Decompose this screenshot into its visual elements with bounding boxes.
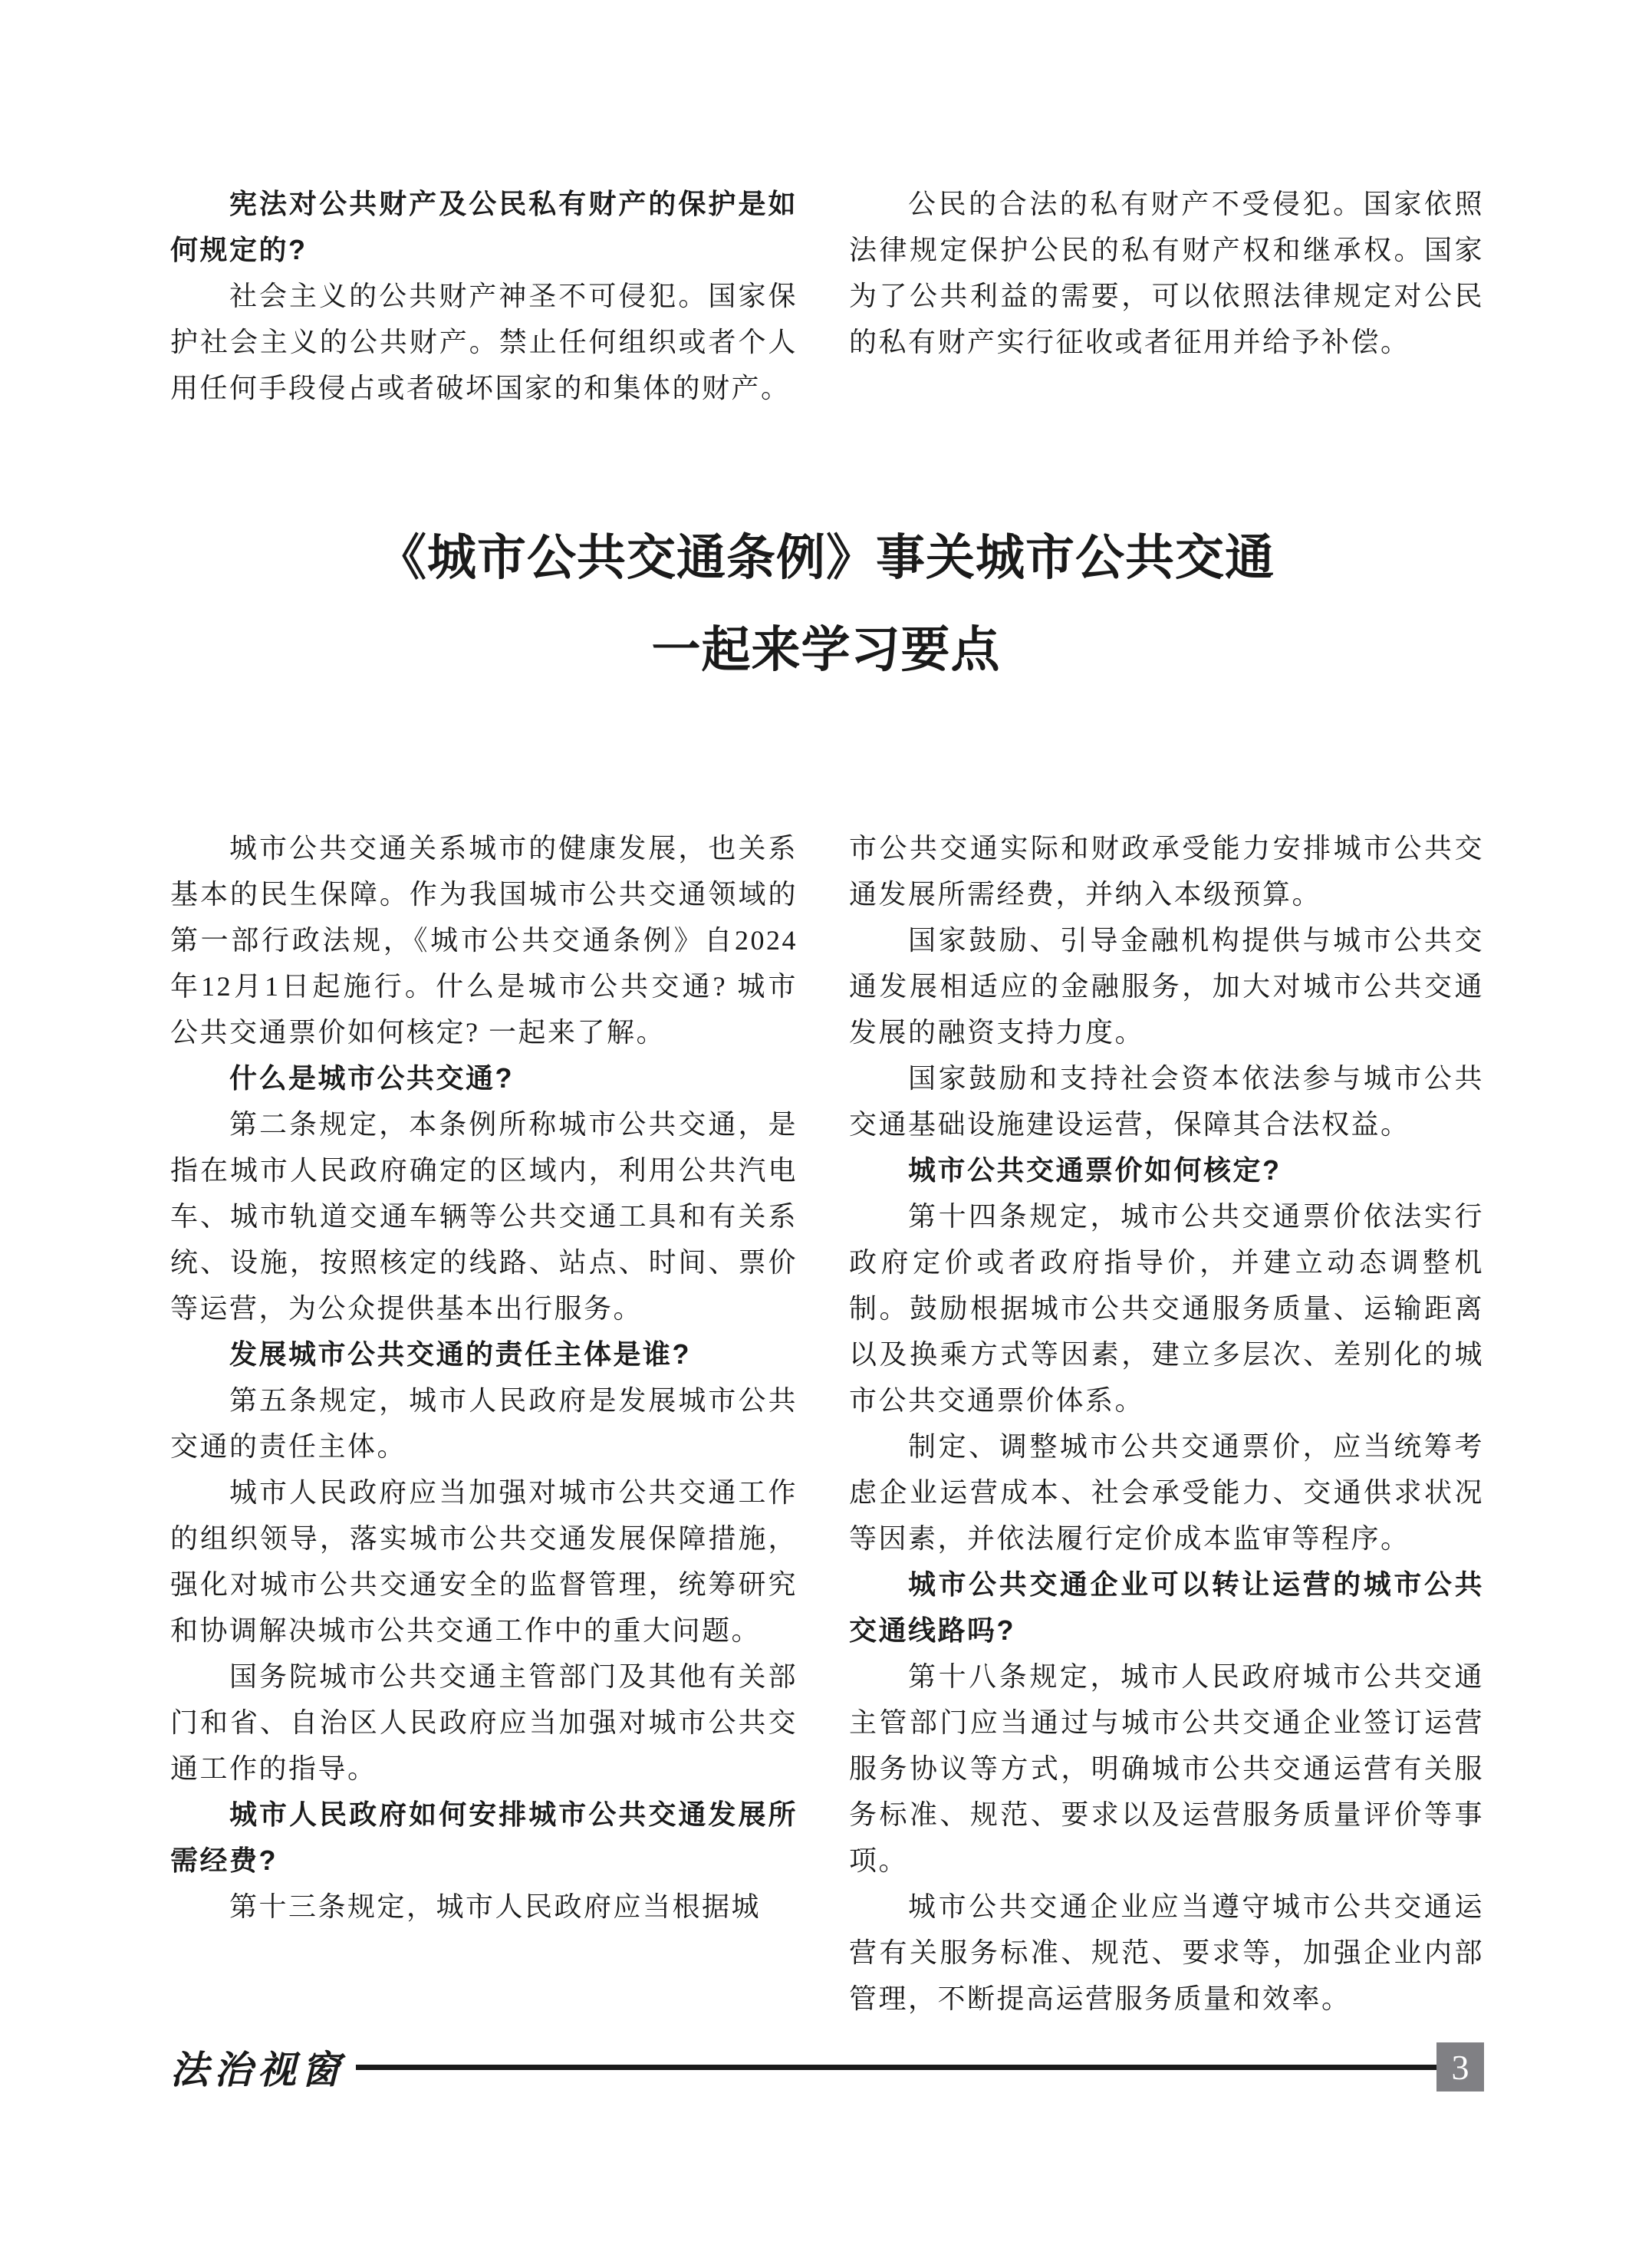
qa-paragraph-public-property: 社会主义的公共财产神圣不可侵犯。国家保护社会主义的公共财产。禁止任何组织或者个人… <box>170 273 798 411</box>
paragraph-article-13-continued: 市公共交通实际和财政承受能力安排城市公共交通发展所需经费，并纳入本级预算。 <box>849 825 1484 917</box>
magazine-page: 宪法对公共财产及公民私有财产的保护是如何规定的? 社会主义的公共财产神圣不可侵犯… <box>0 0 1652 2261</box>
article-title: 《城市公共交通条例》事关城市公共交通 一起来学习要点 <box>0 512 1652 696</box>
paragraph-article-18: 第十八条规定，城市人民政府城市公共交通主管部门应当通过与城市公共交通企业签订运营… <box>849 1654 1484 1884</box>
top-qa-section: 宪法对公共财产及公民私有财产的保护是如何规定的? 社会主义的公共财产神圣不可侵犯… <box>170 181 1484 411</box>
qa-heading-property-protection: 宪法对公共财产及公民私有财产的保护是如何规定的? <box>170 181 798 273</box>
footer-rule <box>356 2065 1436 2070</box>
section-heading-funding: 城市人民政府如何安排城市公共交通发展所需经费? <box>170 1792 798 1884</box>
article-body: 城市公共交通关系城市的健康发展，也关系基本的民生保障。作为我国城市公共交通领域的… <box>170 825 1484 2022</box>
top-left-column: 宪法对公共财产及公民私有财产的保护是如何规定的? 社会主义的公共财产神圣不可侵犯… <box>170 181 798 411</box>
page-footer: 法治视窗 3 <box>170 2042 1484 2092</box>
article-title-line-2: 一起来学习要点 <box>0 604 1652 696</box>
body-left-column: 城市公共交通关系城市的健康发展，也关系基本的民生保障。作为我国城市公共交通领域的… <box>170 825 798 2022</box>
paragraph-article-2: 第二条规定，本条例所称城市公共交通，是指在城市人民政府确定的区域内，利用公共汽电… <box>170 1101 798 1331</box>
section-heading-fare-setting: 城市公共交通票价如何核定? <box>849 1147 1484 1193</box>
top-right-column: 公民的合法的私有财产不受侵犯。国家依照法律规定保护公民的私有财产权和继承权。国家… <box>849 181 1484 411</box>
body-right-column: 市公共交通实际和财政承受能力安排城市公共交通发展所需经费，并纳入本级预算。 国家… <box>849 825 1484 2022</box>
page-number-badge: 3 <box>1436 2042 1484 2092</box>
paragraph-city-government-duty: 城市人民政府应当加强对城市公共交通工作的组织领导，落实城市公共交通发展保障措施，… <box>170 1469 798 1654</box>
page-number: 3 <box>1452 2047 1469 2088</box>
paragraph-state-council-guidance: 国务院城市公共交通主管部门及其他有关部门和省、自治区人民政府应当加强对城市公共交… <box>170 1654 798 1792</box>
paragraph-financial-services: 国家鼓励、引导金融机构提供与城市公共交通发展相适应的金融服务，加大对城市公共交通… <box>849 917 1484 1055</box>
qa-paragraph-private-property: 公民的合法的私有财产不受侵犯。国家依照法律规定保护公民的私有财产权和继承权。国家… <box>849 181 1484 365</box>
paragraph-article-14: 第十四条规定，城市公共交通票价依法实行政府定价或者政府指导价，并建立动态调整机制… <box>849 1193 1484 1423</box>
section-heading-line-transfer: 城市公共交通企业可以转让运营的城市公共交通线路吗? <box>849 1562 1484 1654</box>
paragraph-social-capital: 国家鼓励和支持社会资本依法参与城市公共交通基础设施建设运营，保障其合法权益。 <box>849 1055 1484 1147</box>
paragraph-fare-adjustment: 制定、调整城市公共交通票价，应当统筹考虑企业运营成本、社会承受能力、交通供求状况… <box>849 1423 1484 1562</box>
footer-logo: 法治视窗 <box>170 2039 345 2095</box>
paragraph-article-5: 第五条规定，城市人民政府是发展城市公共交通的责任主体。 <box>170 1377 798 1469</box>
article-title-line-1: 《城市公共交通条例》事关城市公共交通 <box>0 512 1652 604</box>
paragraph-intro: 城市公共交通关系城市的健康发展，也关系基本的民生保障。作为我国城市公共交通领域的… <box>170 825 798 1055</box>
paragraph-article-13-start: 第十三条规定，城市人民政府应当根据城 <box>170 1884 798 1930</box>
section-heading-responsibility: 发展城市公共交通的责任主体是谁? <box>170 1331 798 1377</box>
paragraph-enterprise-duty: 城市公共交通企业应当遵守城市公共交通运营有关服务标准、规范、要求等，加强企业内部… <box>849 1884 1484 2022</box>
section-heading-what-is: 什么是城市公共交通? <box>170 1055 798 1101</box>
